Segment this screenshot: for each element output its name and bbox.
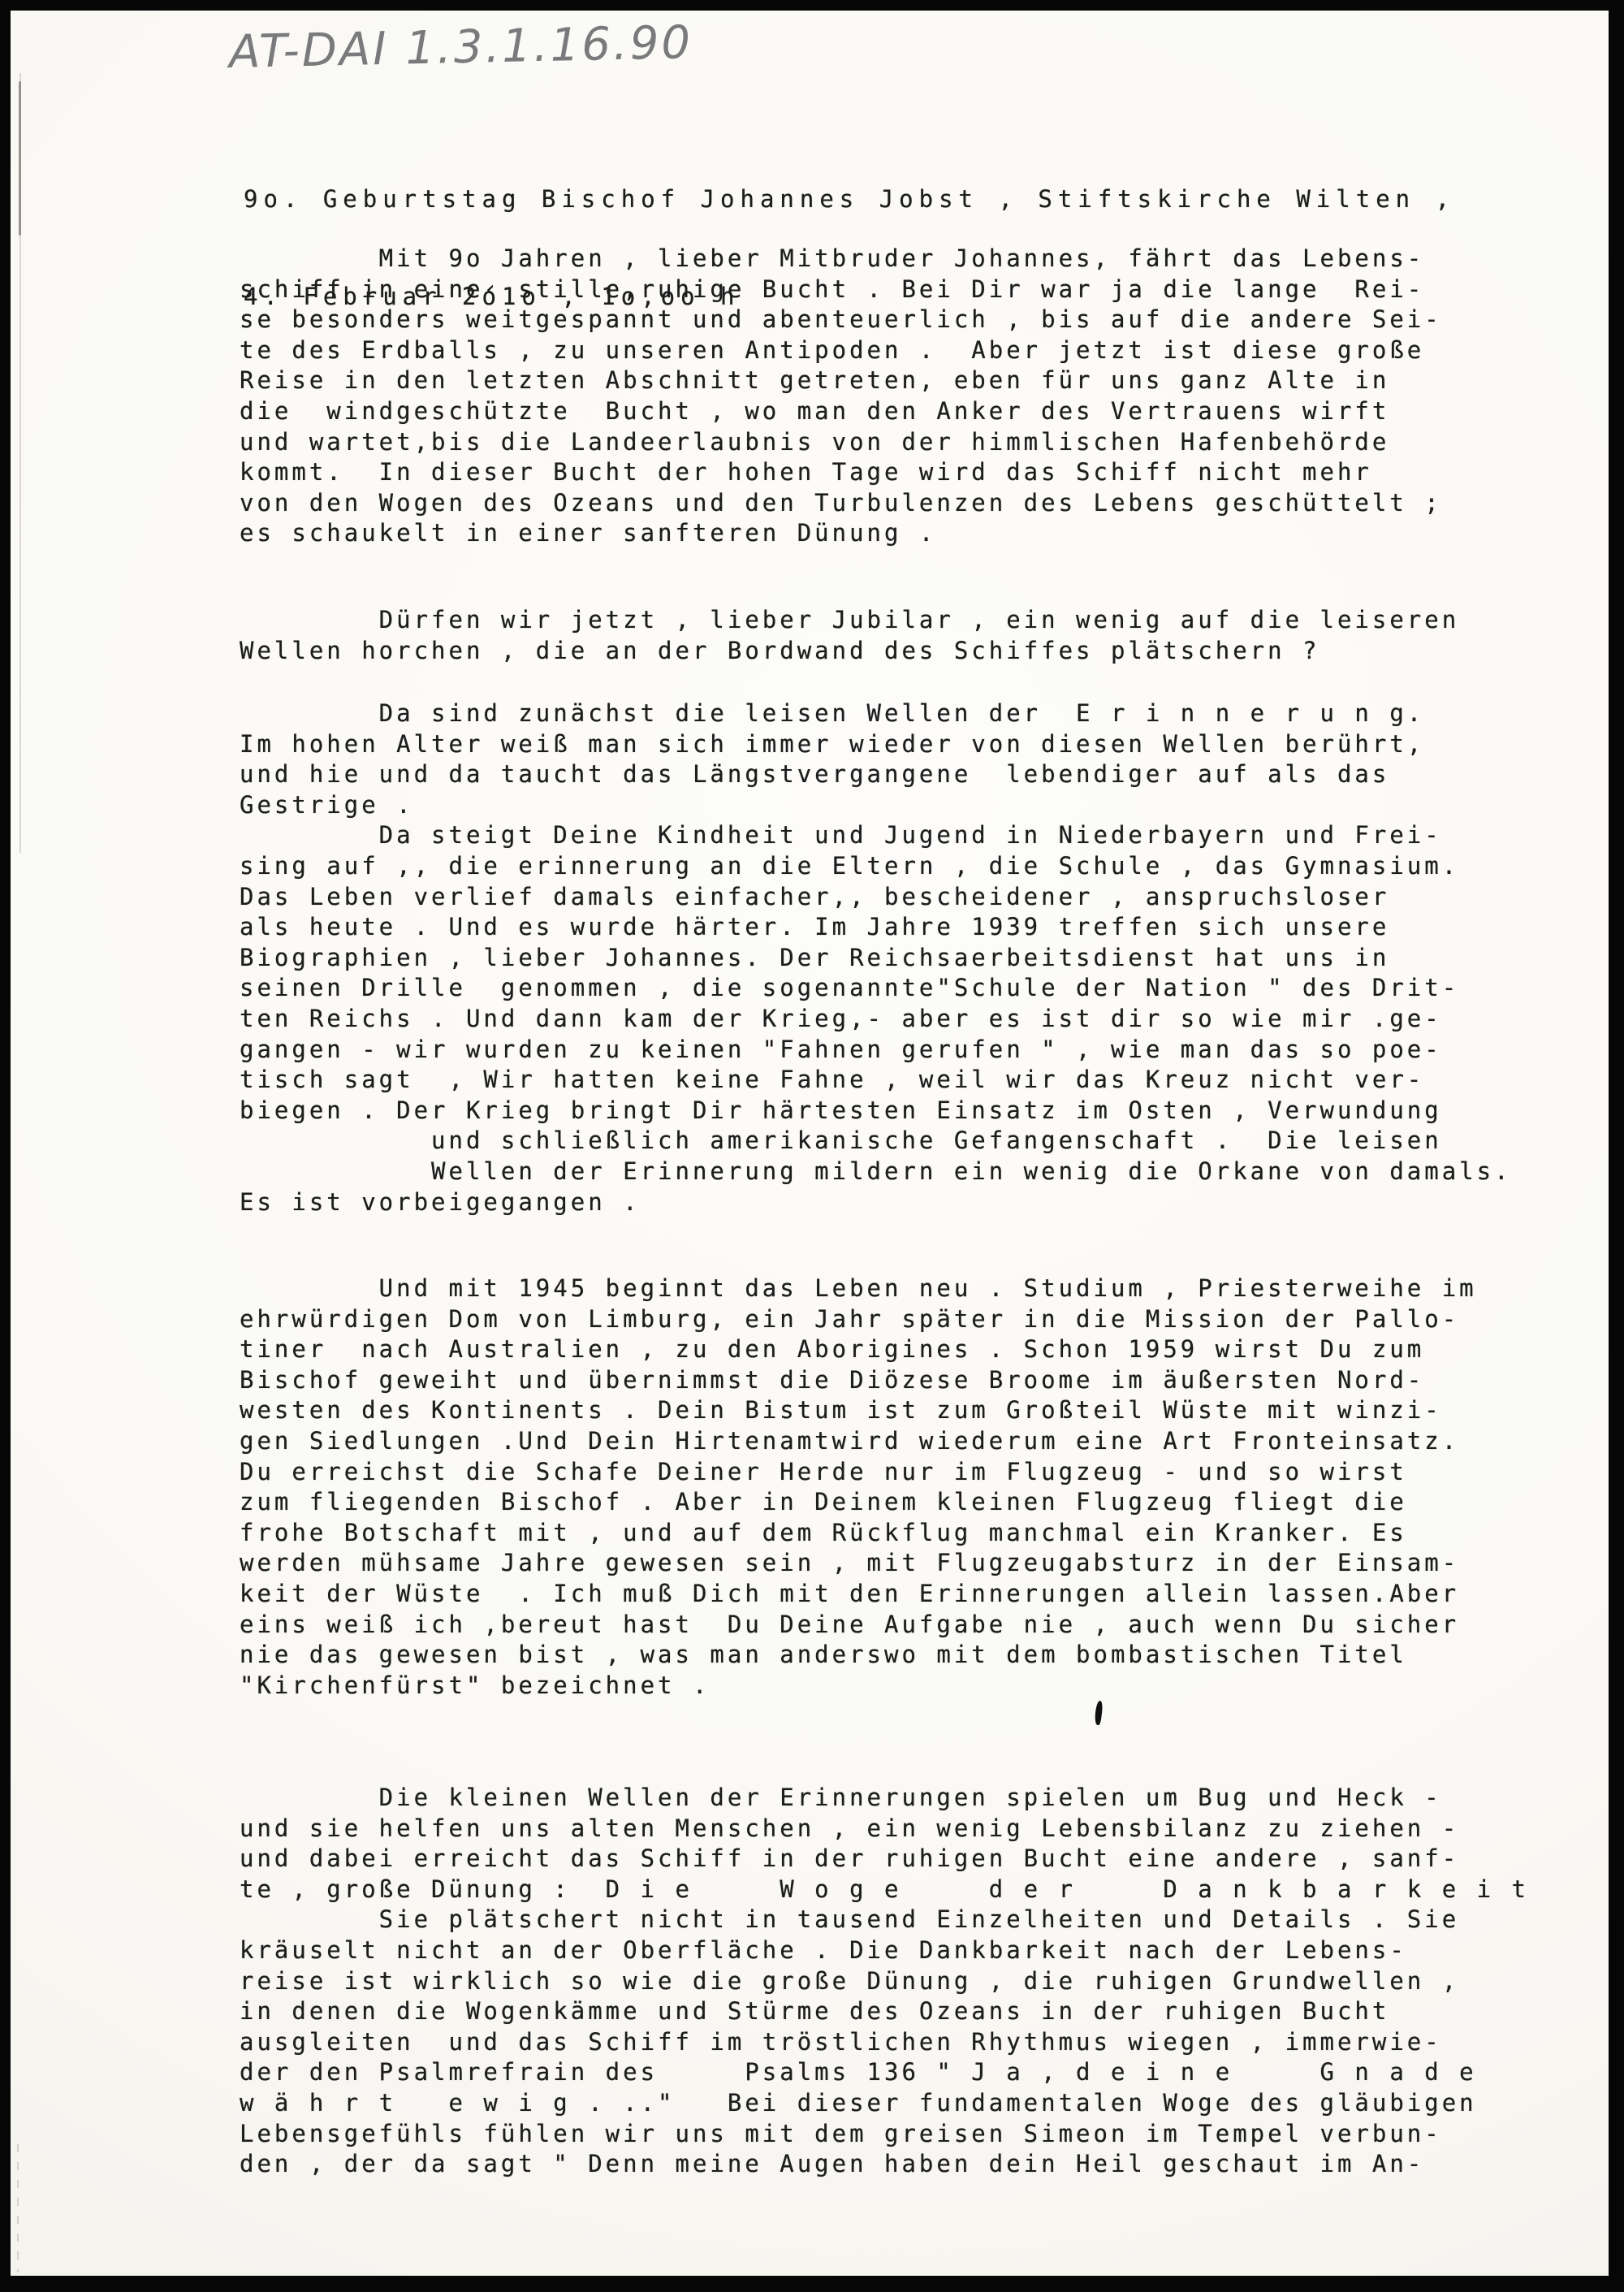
scan-crease-dark-segment: [19, 81, 21, 236]
paragraph-1945-australia: Und mit 1945 beginnt das Leben neu . Stu…: [240, 1274, 1477, 1701]
scan-edge-right: [1609, 0, 1624, 2292]
paragraph-voyage-of-life: Mit 9o Jahren , lieber Mitbruder Johanne…: [240, 244, 1442, 549]
scan-edge-left: [0, 0, 11, 2292]
paragraph-jubilar-question: Dürfen wir jetzt , lieber Jubilar , ein …: [240, 605, 1459, 666]
scanned-document-page: AT-DAI 1.3.1.16.90 9o. Geburtstag Bischo…: [0, 0, 1624, 2292]
scan-edge-bottom: [0, 2276, 1624, 2292]
paragraph-dankbarkeit: Die kleinen Wellen der Erinnerungen spie…: [240, 1783, 1529, 2180]
scan-crease-bottom-dots: [17, 2144, 19, 2273]
stray-ink-mark: [1094, 1701, 1104, 1726]
handwritten-annotation: AT-DAI 1.3.1.16.90: [228, 16, 693, 79]
paragraph-erinnerung: Da sind zunächst die leisen Wellen der E…: [240, 698, 1512, 1217]
title-line-1: 9o. Geburtstag Bischof Johannes Jobst , …: [244, 183, 1455, 215]
scan-edge-top: [0, 0, 1624, 11]
